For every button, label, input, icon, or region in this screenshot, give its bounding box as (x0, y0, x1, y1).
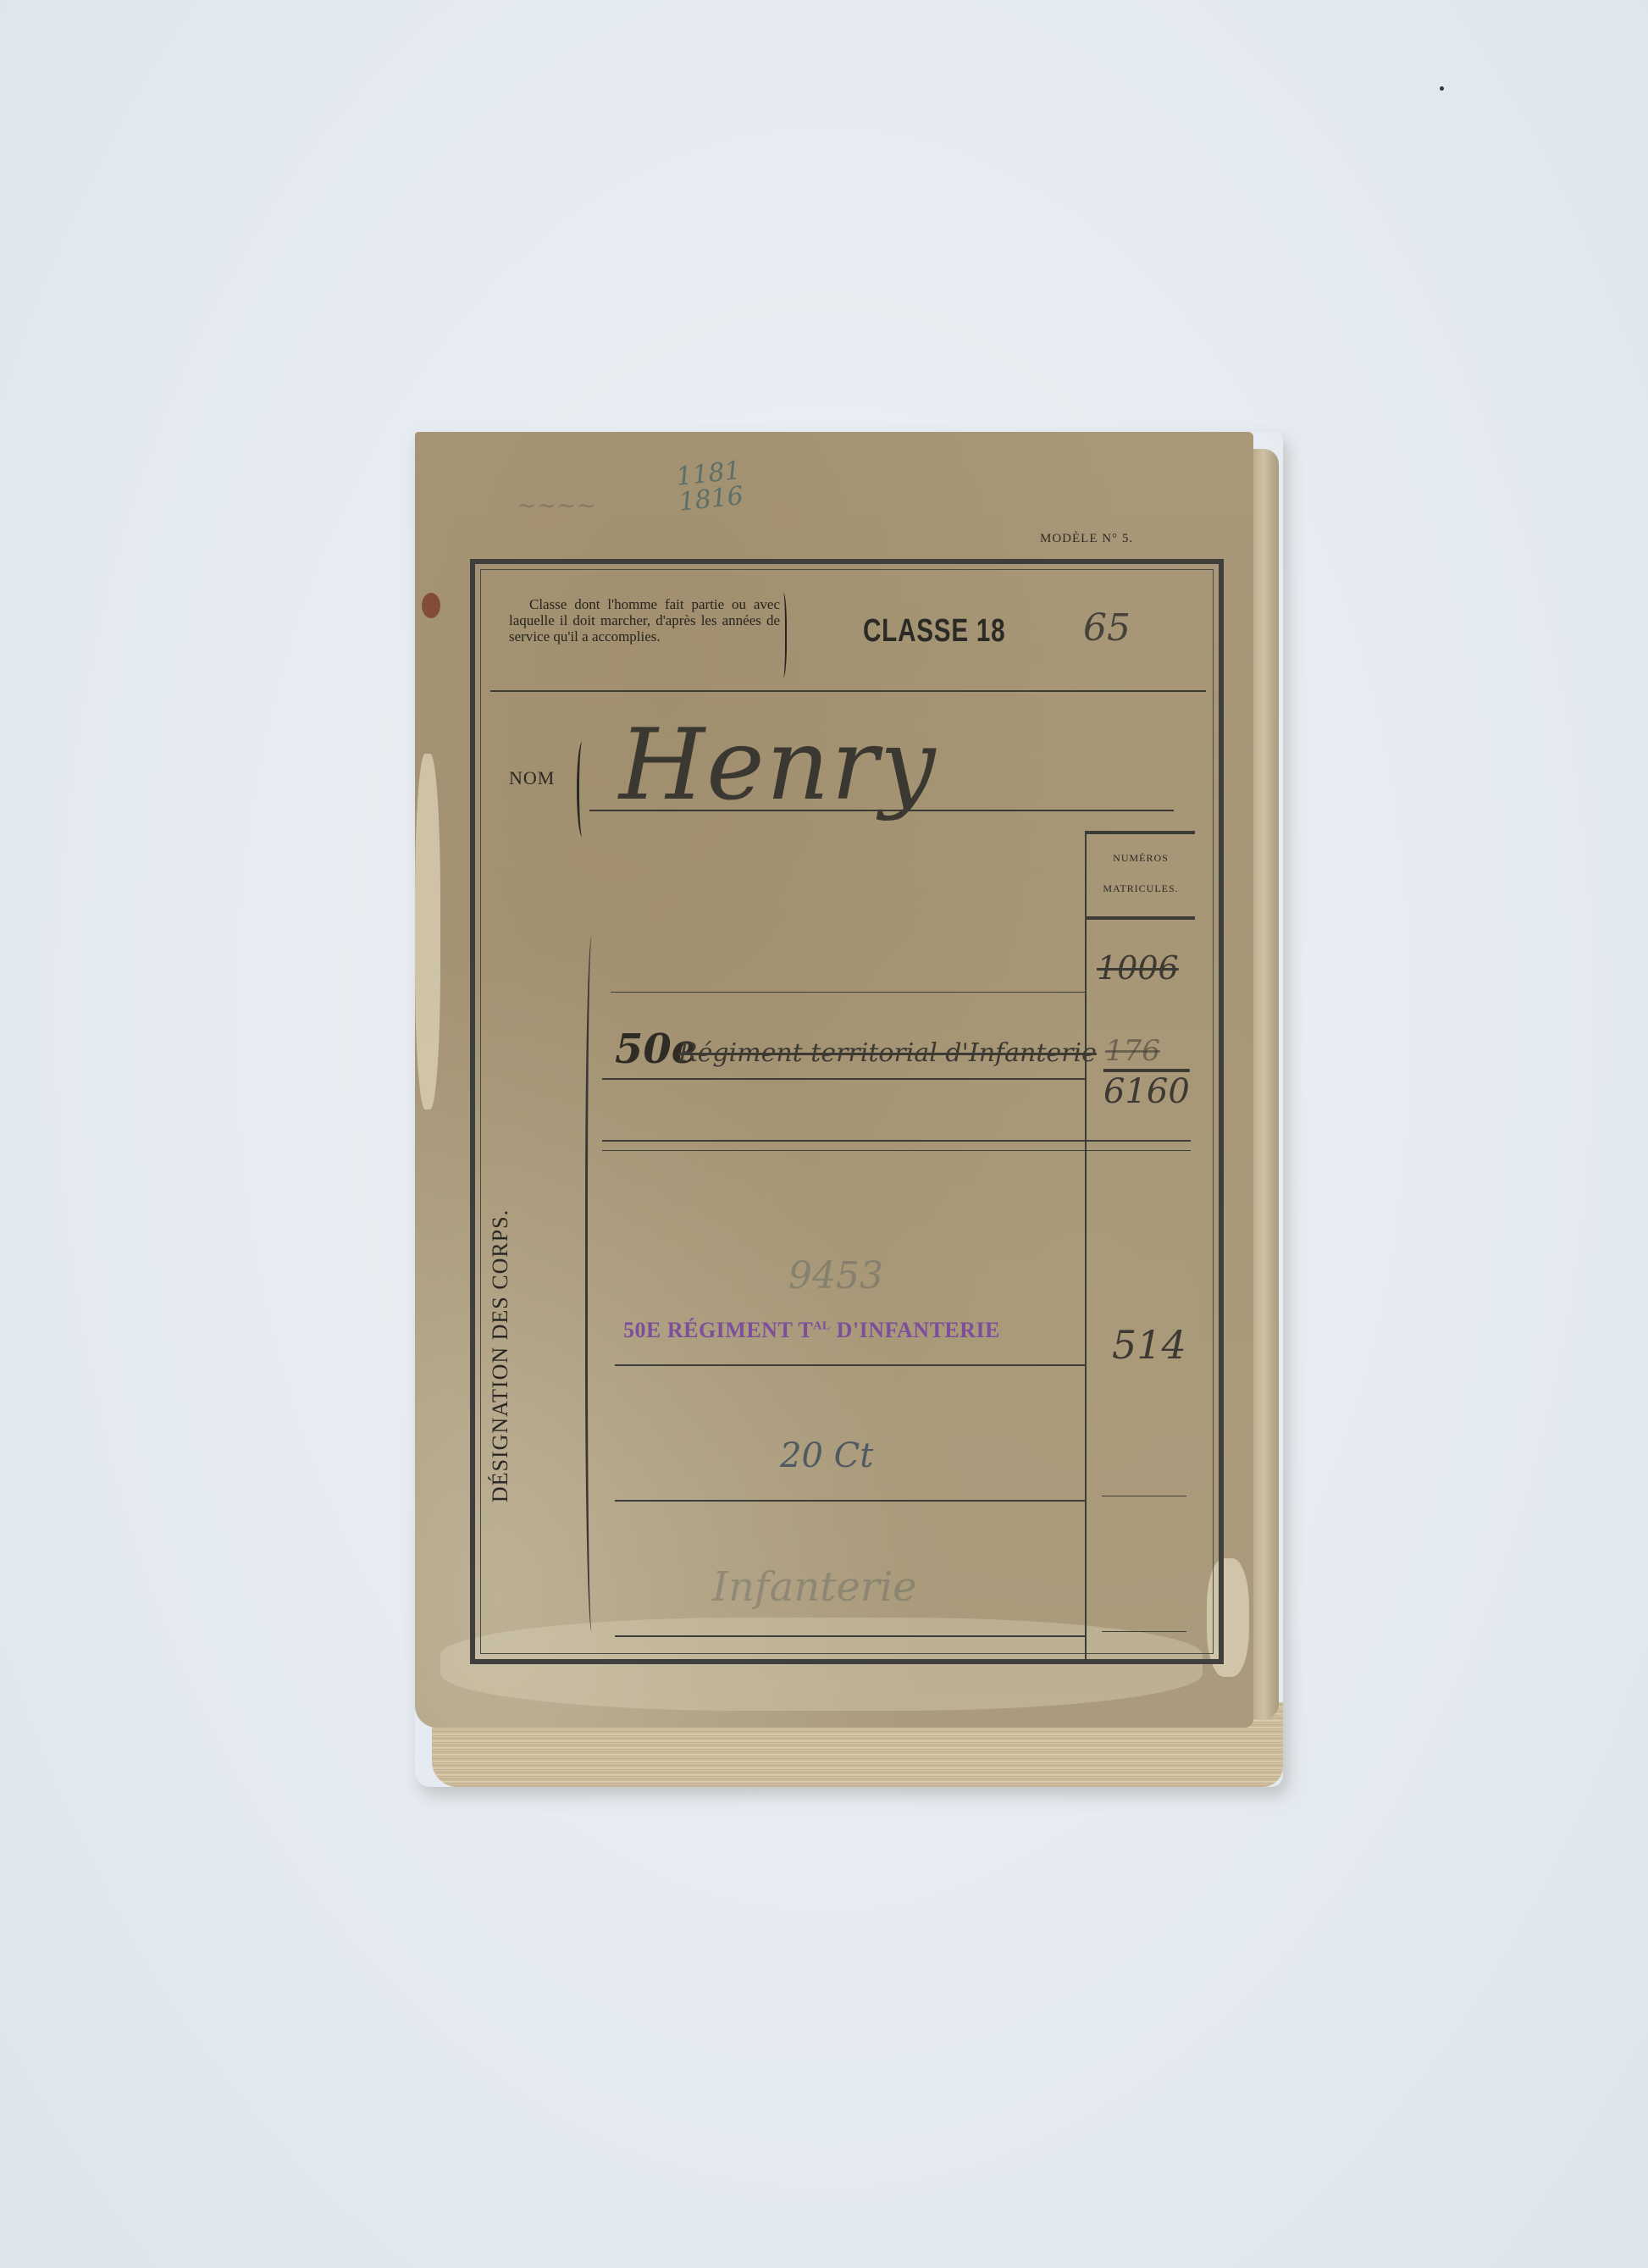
regiment-stamp: 50E RÉGIMENT TAL D'INFANTERIE (623, 1318, 1000, 1343)
dust-speck (1440, 86, 1444, 91)
corps-bracket (585, 937, 601, 1631)
matricule: 6160 (1103, 1072, 1190, 1111)
corps-text-struck: Régiment territorial d'Infanterie (678, 1038, 1097, 1068)
numeros-matricules-column: NUMÉROS MATRICULES. 1006 176 6160 514 (1085, 831, 1195, 1661)
brace (778, 593, 787, 678)
rule (611, 992, 1085, 993)
rule (602, 1078, 1085, 1080)
classe-row: Classe dont l'homme fait partie ou avec … (490, 576, 1206, 692)
rust-stain (422, 593, 440, 618)
booklet-cover: ~~~~ 1181 1816 MODÈLE N° 5. Classe dont … (415, 432, 1253, 1728)
faint-pencil-scribble: ~~~~ (517, 491, 596, 519)
nom-label: NOM (509, 767, 555, 789)
printed-frame: Classe dont l'homme fait partie ou avec … (470, 559, 1224, 1664)
nom-rule (589, 810, 1174, 811)
pencil-note: 9453 (788, 1254, 883, 1297)
military-booklet: ~~~~ 1181 1816 MODÈLE N° 5. Classe dont … (415, 432, 1283, 1787)
pencil-note-faint: Infanterie (712, 1563, 917, 1611)
numeros-matricules-header: NUMÉROS MATRICULES. (1087, 831, 1195, 920)
matricule-struck: 176 (1105, 1034, 1160, 1068)
matricule: 514 (1112, 1322, 1186, 1368)
classe-printed: CLASSE 18 (863, 613, 1005, 650)
classe-year-handwritten: 65 (1083, 606, 1131, 650)
rule (615, 1635, 1085, 1637)
nom-value-handwritten: Henry (619, 708, 937, 822)
model-label: MODÈLE N° 5. (1040, 532, 1133, 546)
rule (615, 1500, 1085, 1502)
rule (615, 1364, 1085, 1366)
pencil-note-top: 1181 1816 (675, 458, 744, 516)
matricule-struck: 1006 (1097, 949, 1179, 987)
pencil-note: 20 Ct (780, 1436, 873, 1475)
nom-brace (577, 742, 588, 837)
classe-note: Classe dont l'homme fait partie ou avec … (509, 596, 780, 644)
edge-wear (415, 754, 440, 1109)
designation-des-corps-label: DÉSIGNATION DES CORPS. (488, 1170, 513, 1542)
